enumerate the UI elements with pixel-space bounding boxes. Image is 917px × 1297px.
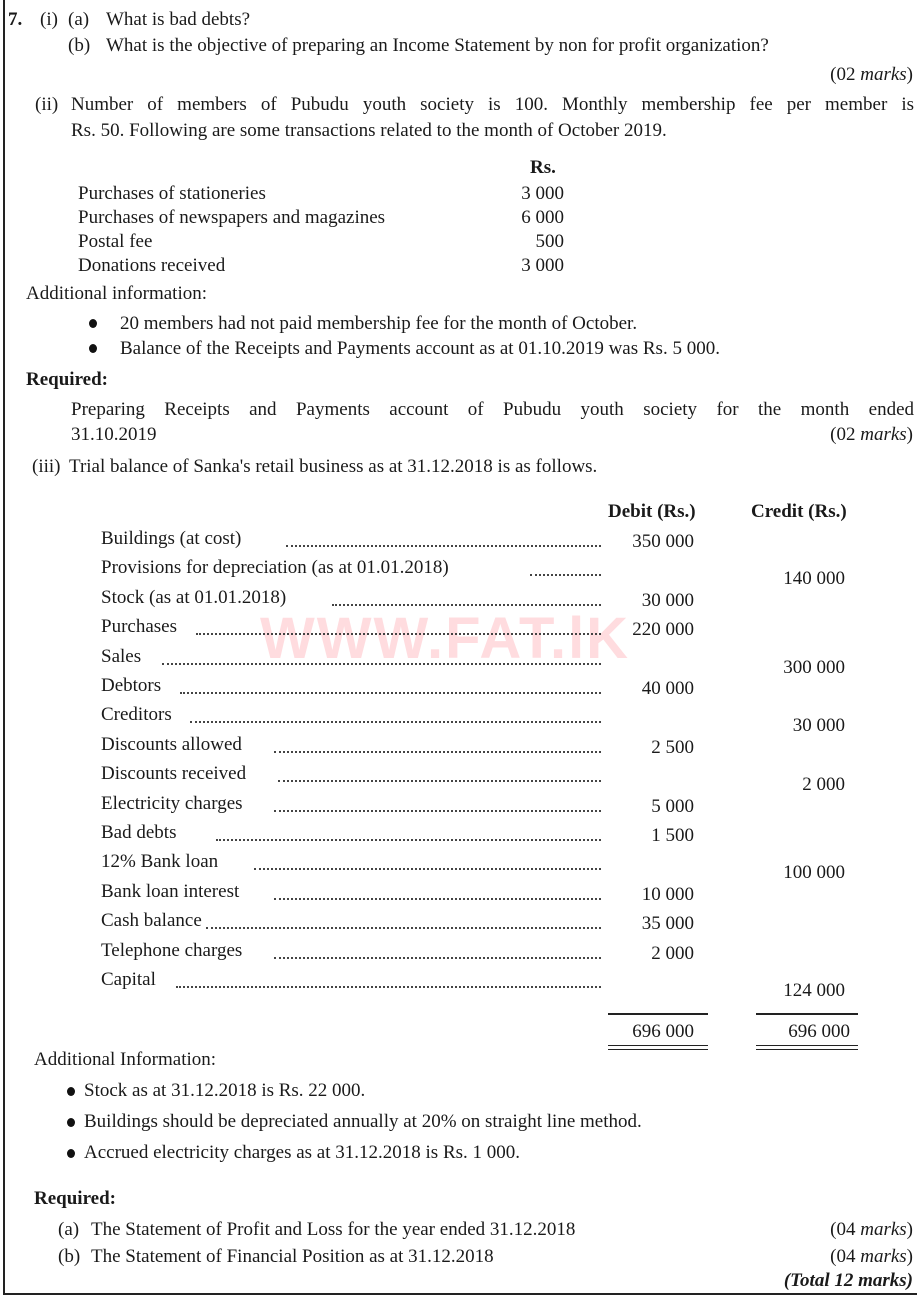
- transaction-amount: 3 000: [454, 256, 564, 275]
- bullet-icon: [89, 319, 97, 328]
- debit-amount: 350 000: [584, 532, 694, 551]
- marks-number: (02: [830, 64, 860, 85]
- transaction-item: Donations received: [78, 256, 225, 275]
- dot-leader: [180, 692, 601, 694]
- part-i-a-text: What is bad debts?: [106, 10, 250, 29]
- transaction-amount: 6 000: [454, 208, 564, 227]
- part-ii-required-line1: Preparing Receipts and Payments account …: [71, 400, 914, 419]
- credit-amount: 300 000: [735, 658, 845, 677]
- dot-leader: [254, 868, 601, 870]
- marks-word: marks: [860, 1219, 906, 1240]
- account-name: Purchases: [101, 617, 177, 636]
- part-ii-marks: (02 marks): [830, 425, 913, 444]
- account-name: Bad debts: [101, 823, 176, 842]
- marks-number: (04: [830, 1246, 860, 1267]
- debit-amount: 1 500: [584, 826, 694, 845]
- bullet-icon: [89, 344, 97, 353]
- part-ii-required-line2: 31.10.2019: [71, 425, 157, 444]
- part-i-b-text: What is the objective of preparing an In…: [106, 36, 896, 55]
- debit-amount: 2 500: [584, 738, 694, 757]
- dot-leader: [278, 780, 601, 782]
- dot-leader: [176, 986, 601, 988]
- part-i-label: (i): [40, 10, 58, 29]
- bullet-icon: [67, 1149, 75, 1158]
- account-name: 12% Bank loan: [101, 852, 218, 871]
- marks-close: ): [907, 1246, 913, 1267]
- part-iii-point-2: Buildings should be depreciated annually…: [84, 1112, 642, 1131]
- account-name: Cash balance: [101, 911, 202, 930]
- dot-leader: [274, 751, 601, 753]
- part-iii-required-heading: Required:: [34, 1189, 116, 1208]
- credit-double-rule: [756, 1045, 858, 1050]
- marks-word: marks: [860, 1246, 906, 1267]
- part-ii-point-1: 20 members had not paid membership fee f…: [120, 314, 637, 333]
- required-b-text: The Statement of Financial Position as a…: [91, 1247, 494, 1266]
- account-name: Sales: [101, 647, 141, 666]
- dot-leader: [206, 927, 601, 929]
- part-ii-additional-heading: Additional information:: [26, 284, 207, 303]
- part-ii-point-2: Balance of the Receipts and Payments acc…: [120, 339, 720, 358]
- account-name: Telephone charges: [101, 941, 242, 960]
- transaction-amount: 500: [454, 232, 564, 251]
- account-name: Capital: [101, 970, 156, 989]
- credit-amount: 140 000: [735, 569, 845, 588]
- account-name: Creditors: [101, 705, 172, 724]
- page-border-left: [3, 0, 5, 1293]
- debit-total-rule: [608, 1013, 708, 1015]
- dot-leader: [196, 633, 601, 635]
- marks-close: ): [907, 424, 913, 445]
- account-name: Buildings (at cost): [101, 529, 241, 548]
- part-ii-label: (ii): [35, 95, 58, 114]
- account-name: Debtors: [101, 676, 161, 695]
- credit-amount: 30 000: [735, 716, 845, 735]
- part-iii-additional-heading: Additional Information:: [34, 1050, 216, 1069]
- part-iii-point-3: Accrued electricity charges as at 31.12.…: [84, 1143, 520, 1162]
- dot-leader: [162, 663, 601, 665]
- account-name: Provisions for depreciation (as at 01.01…: [101, 558, 449, 577]
- watermark: WWW.FAT.lK: [260, 610, 630, 668]
- dot-leader: [274, 898, 601, 900]
- required-b-label: (b): [58, 1247, 80, 1266]
- debit-amount: 30 000: [584, 591, 694, 610]
- credit-header: Credit (Rs.): [751, 502, 847, 521]
- debit-amount: 35 000: [584, 914, 694, 933]
- dot-leader: [286, 545, 601, 547]
- credit-amount: 124 000: [735, 981, 845, 1000]
- required-a-marks: (04 marks): [830, 1220, 913, 1239]
- account-name: Discounts received: [101, 764, 246, 783]
- dot-leader: [274, 957, 601, 959]
- debit-amount: 5 000: [584, 797, 694, 816]
- dot-leader: [190, 721, 601, 723]
- debit-header: Debit (Rs.): [608, 502, 696, 521]
- debit-total: 696 000: [584, 1022, 694, 1041]
- dot-leader: [274, 810, 601, 812]
- part-iii-point-1: Stock as at 31.12.2018 is Rs. 22 000.: [84, 1081, 365, 1100]
- marks-close: ): [907, 1219, 913, 1240]
- part-iii-label: (iii): [32, 457, 61, 476]
- question-number: 7.: [8, 10, 22, 29]
- required-a-text: The Statement of Profit and Loss for the…: [91, 1220, 575, 1239]
- dot-leader: [216, 839, 601, 841]
- part-i-a-label: (a): [68, 10, 89, 29]
- debit-double-rule: [608, 1045, 708, 1050]
- part-ii-required-heading: Required:: [26, 370, 108, 389]
- bullet-icon: [67, 1087, 75, 1096]
- debit-amount: 40 000: [584, 679, 694, 698]
- account-name: Bank loan interest: [101, 882, 239, 901]
- debit-amount: 220 000: [584, 620, 694, 639]
- page-border-bottom: [3, 1293, 917, 1295]
- part-iii-intro: Trial balance of Sanka's retail business…: [69, 457, 597, 476]
- part-i-marks: (02 marks): [830, 65, 913, 84]
- marks-number: (04: [830, 1219, 860, 1240]
- required-b-marks: (04 marks): [830, 1247, 913, 1266]
- credit-amount: 2 000: [735, 775, 845, 794]
- marks-number: (02: [830, 424, 860, 445]
- marks-word: marks: [860, 64, 906, 85]
- account-name: Electricity charges: [101, 794, 243, 813]
- account-name: Stock (as at 01.01.2018): [101, 588, 286, 607]
- debit-amount: 2 000: [584, 944, 694, 963]
- total-marks: (Total 12 marks): [784, 1271, 913, 1290]
- transaction-item: Purchases of newspapers and magazines: [78, 208, 385, 227]
- debit-amount: 10 000: [584, 885, 694, 904]
- transaction-item: Purchases of stationeries: [78, 184, 266, 203]
- transaction-item: Postal fee: [78, 232, 152, 251]
- credit-total: 696 000: [740, 1022, 850, 1041]
- part-i-b-label: (b): [68, 36, 90, 55]
- account-name: Discounts allowed: [101, 735, 242, 754]
- required-a-label: (a): [58, 1220, 79, 1239]
- credit-amount: 100 000: [735, 863, 845, 882]
- dot-leader: [530, 574, 601, 576]
- marks-word: marks: [860, 424, 906, 445]
- transaction-amount: 3 000: [454, 184, 564, 203]
- part-ii-intro-line2: Rs. 50. Following are some transactions …: [71, 121, 667, 140]
- credit-total-rule: [756, 1013, 858, 1015]
- currency-header: Rs.: [530, 158, 556, 177]
- bullet-icon: [67, 1118, 75, 1127]
- part-ii-intro-line1: Number of members of Pubudu youth societ…: [71, 95, 914, 114]
- dot-leader: [332, 604, 601, 606]
- marks-close: ): [907, 64, 913, 85]
